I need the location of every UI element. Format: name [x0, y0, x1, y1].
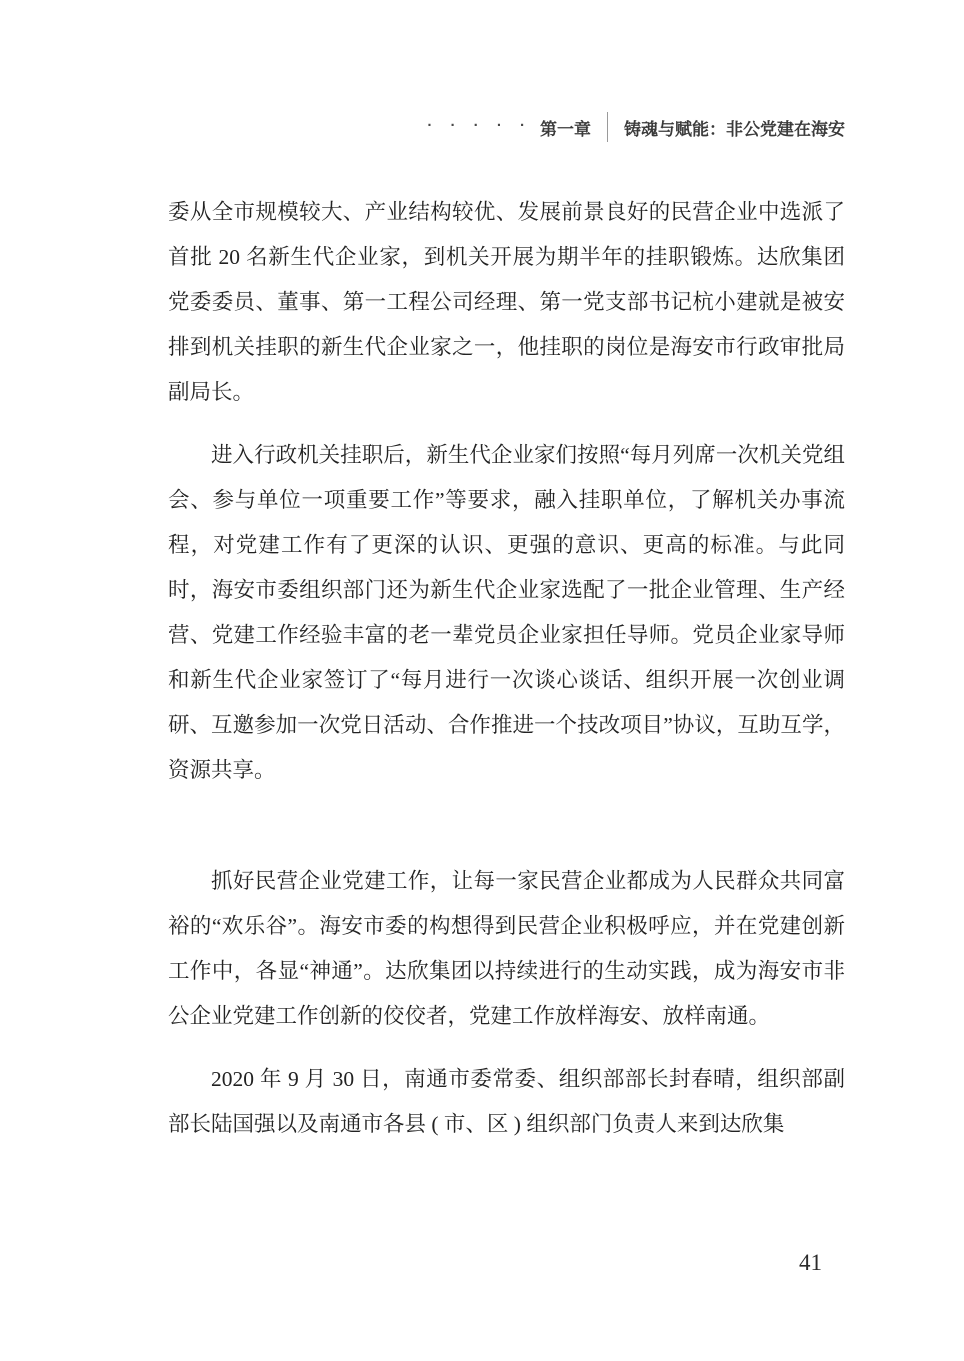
page-footer: 41	[799, 1250, 822, 1276]
book-page: · · · · · 第一章 铸魂与赋能：非公党建在海安 委从全市规模较大、产业结…	[0, 0, 964, 1361]
chapter-number-label: 第一章	[540, 115, 591, 140]
paragraph-continuation: 委从全市规模较大、产业结构较优、发展前景良好的民营企业中选派了首批 20 名新生…	[168, 190, 845, 415]
header-dots: · · · · ·	[427, 117, 532, 134]
body-text: 委从全市规模较大、产业结构较优、发展前景良好的民营企业中选派了首批 20 名新生…	[168, 190, 845, 1165]
paragraph-secondment: 进入行政机关挂职后，新生代企业家们按照“每月列席一次机关党组会、参与单位一项重要…	[168, 433, 845, 793]
chapter-title: 铸魂与赋能：非公党建在海安	[624, 115, 845, 140]
header-divider	[607, 112, 608, 142]
paragraph-visit-2020: 2020 年 9 月 30 日，南通市委常委、组织部部长封春晴，组织部副部长陆国…	[168, 1057, 845, 1147]
page-header: · · · · · 第一章 铸魂与赋能：非公党建在海安	[427, 112, 845, 142]
page-number: 41	[799, 1250, 822, 1275]
paragraph-party-building: 抓好民营企业党建工作，让每一家民营企业都成为人民群众共同富裕的“欢乐谷”。海安市…	[168, 859, 845, 1039]
section-break	[168, 811, 845, 859]
